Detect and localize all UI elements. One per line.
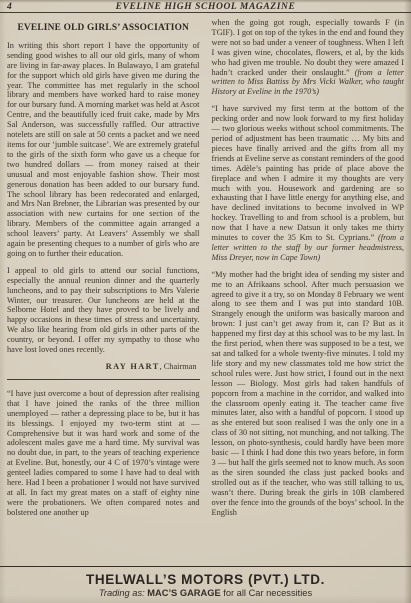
left-column: EVELINE OLD GIRLS’ ASSOCIATION In writin… [7,18,200,566]
right-column: when the going got rough, especially tow… [212,18,405,566]
left-paragraph-1: In writing this short report I have the … [7,41,200,259]
advert-tagline: for all Car necessities [223,588,312,598]
letter-quote-unemployed: “I have just overcome a bout of depressi… [7,389,200,518]
advert: THELWALL’S MOTORS (PVT.) LTD. Trading as… [0,572,411,599]
left-paragraph-2: I appeal to old girls to attend our soci… [7,266,200,355]
signature-name: RAY HART [106,362,160,371]
section-divider [7,379,200,380]
article-title: EVELINE OLD GIRLS’ ASSOCIATION [7,24,200,34]
advert-company-name: THELWALL’S MOTORS (PVT.) LTD. [0,572,411,587]
letter-quote-dreyer: “I have survived my first term at the bo… [212,104,405,263]
header-divider [0,12,411,13]
signature-line: RAY HART, Chairman [7,362,200,372]
signature-role: , Chairman [160,362,197,371]
garage-name: MAC’S GARAGE [147,588,220,598]
letter-quote-walker: when the going got rough, especially tow… [212,18,405,97]
footer-divider [0,566,411,567]
advert-tagline-line: Trading as: MAC’S GARAGE for all Car nec… [0,587,411,599]
letter-quote-dreyer-text: “I have survived my first term at the bo… [212,104,405,242]
letter-quote-afrikaans-school: “My mother had the bright idea of sendin… [212,270,405,518]
page-header: 4 EVELINE HIGH SCHOOL MAGAZINE [0,0,411,12]
article-body: EVELINE OLD GIRLS’ ASSOCIATION In writin… [0,13,411,566]
trading-as-label: Trading as: [99,588,145,598]
advert-footer: THELWALL’S MOTORS (PVT.) LTD. Trading as… [0,566,411,603]
magazine-page: 4 EVELINE HIGH SCHOOL MAGAZINE EVELINE O… [0,0,411,603]
